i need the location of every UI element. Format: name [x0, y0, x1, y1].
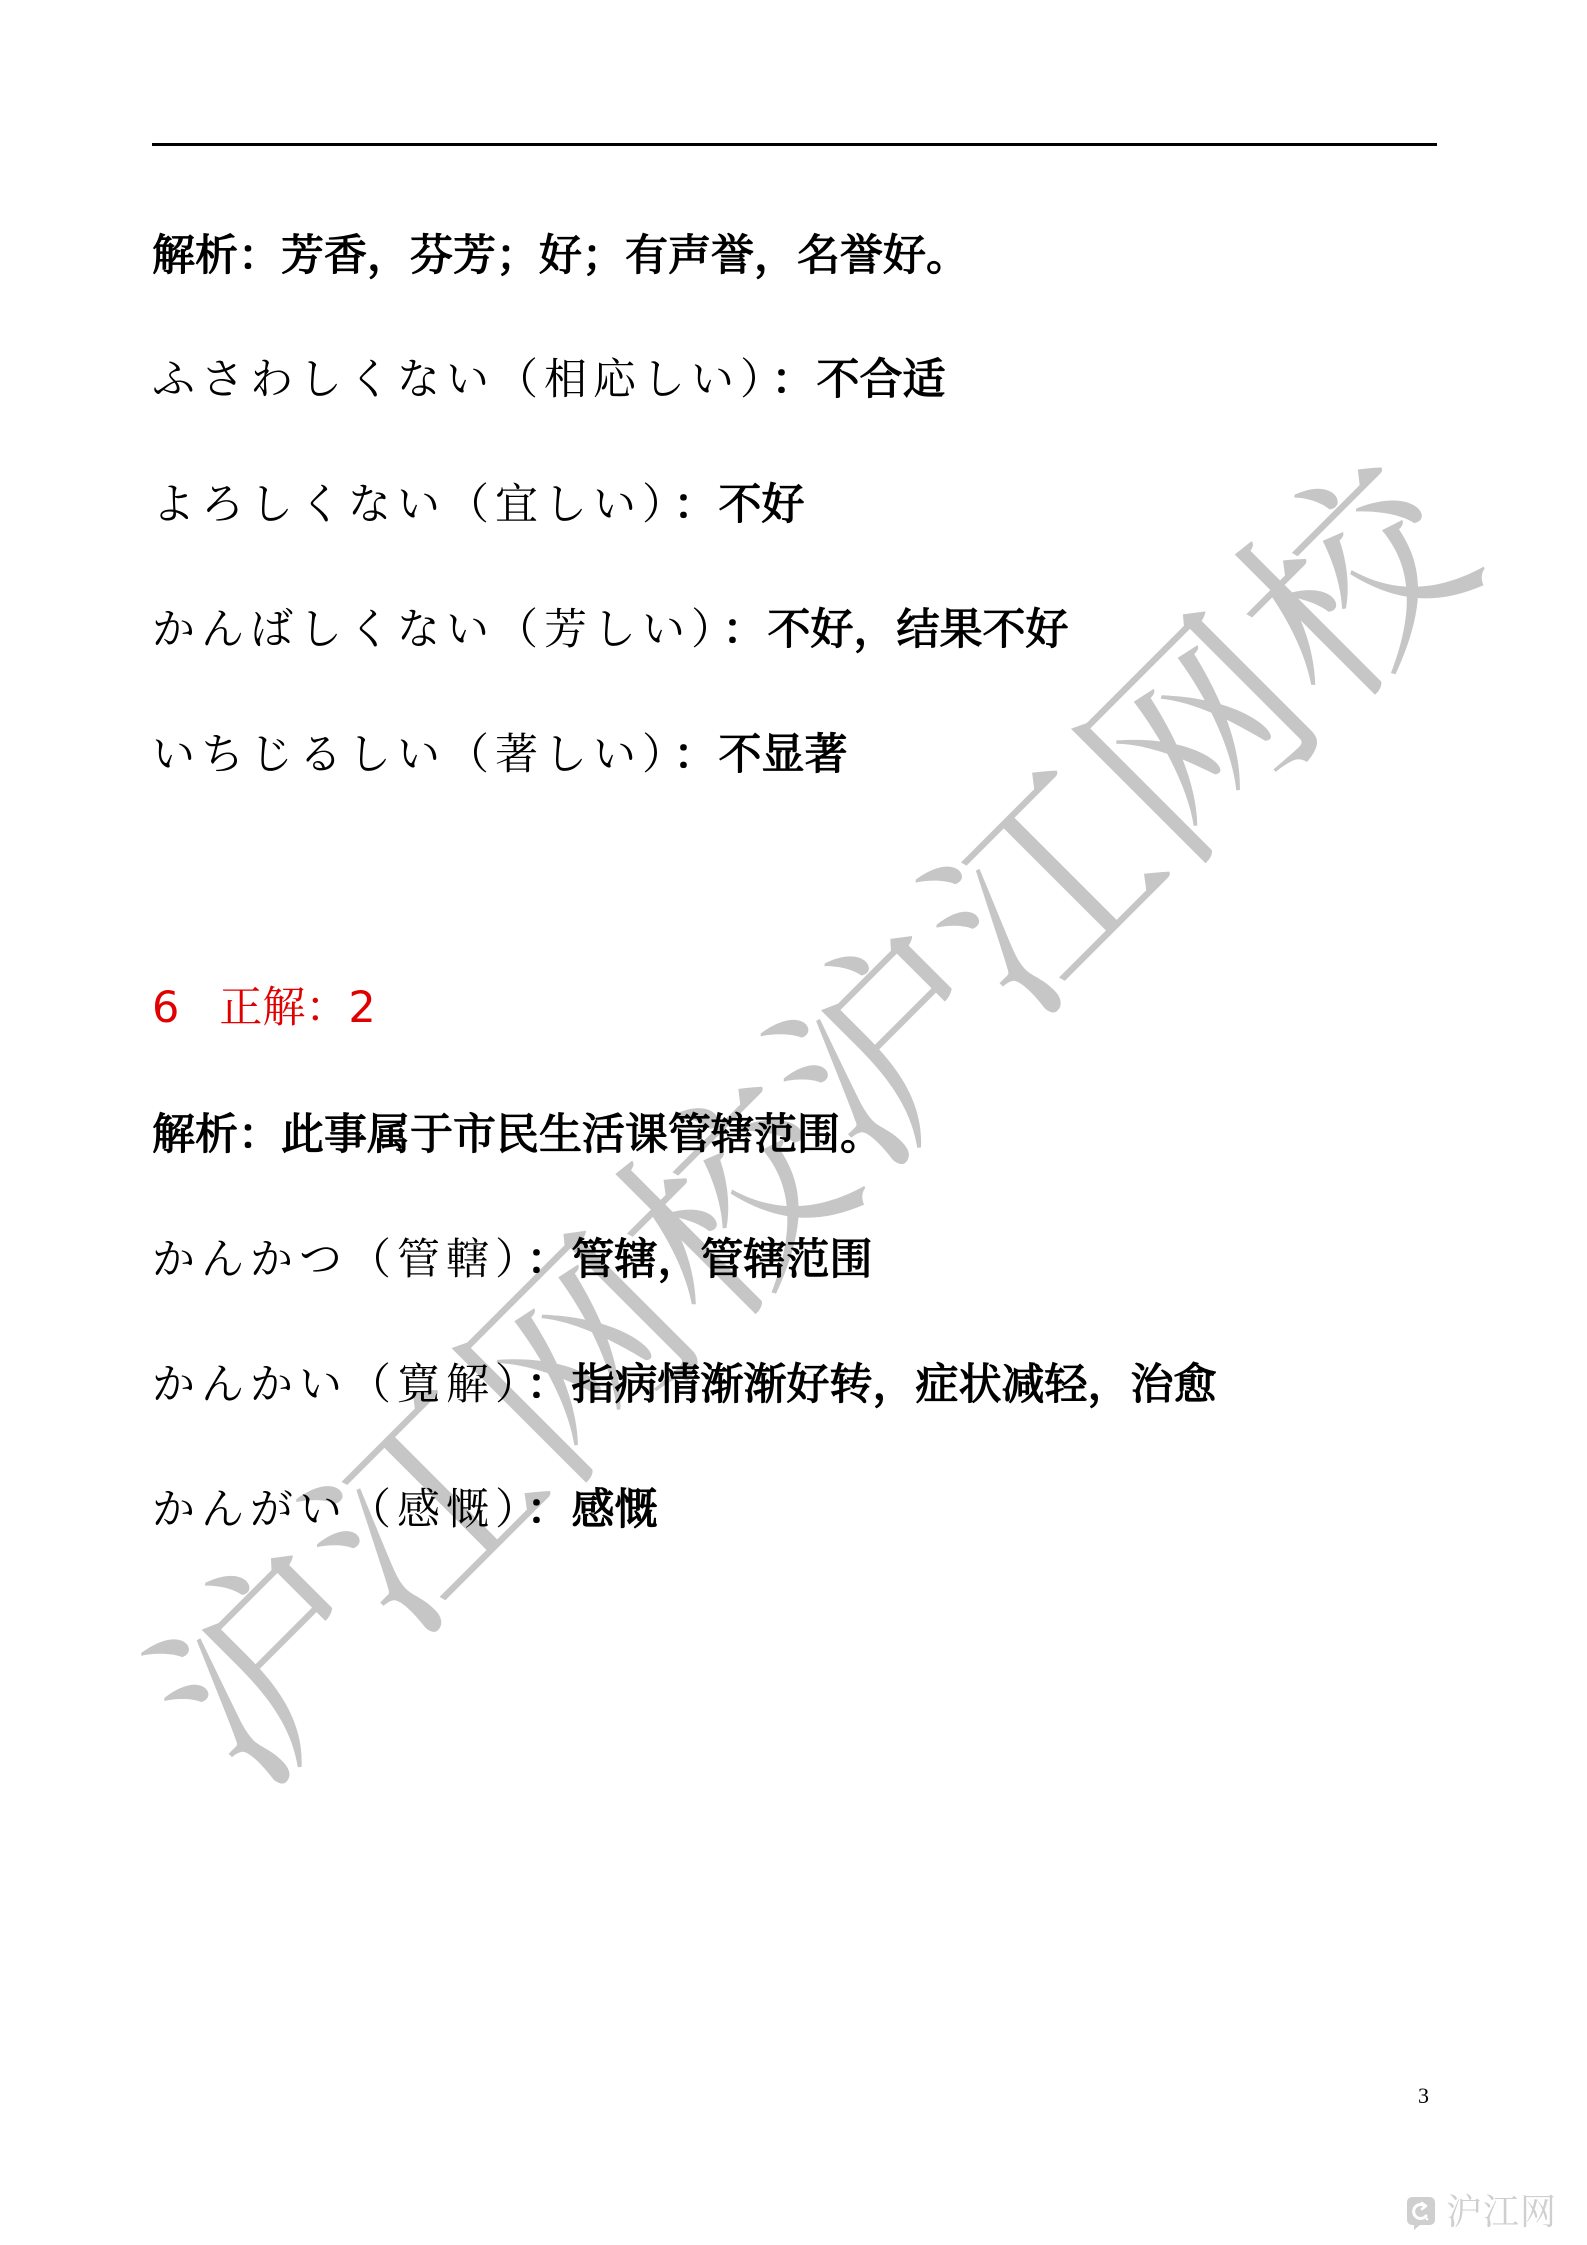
vocab-colon: ：	[723, 605, 766, 655]
hujiang-logo-text: 沪江网	[1446, 2195, 1557, 2231]
vocab-meaning: 不显著	[719, 730, 848, 780]
analysis-text: 芳香，芬芳；好；有声誉，名誉好。	[281, 231, 969, 281]
analysis-line: 解析：芳香，芬芳；好；有声誉，名誉好。	[152, 226, 969, 286]
vocab-meaning: 管辖，管辖范围	[572, 1235, 873, 1285]
vocab-item: ふさわしくない（相応しい）：不合适	[152, 350, 946, 410]
document-page: 沪江网校沪江网校 解析：芳香，芬芳；好；有声誉，名誉好。 ふさわしくない（相応し…	[0, 0, 1587, 2245]
question-number: 6	[152, 983, 179, 1033]
vocab-meaning: 不好，结果不好	[768, 605, 1069, 655]
vocab-reading: よろしくない（宜しい）	[152, 480, 670, 530]
vocab-reading: かんばしくない（芳しい）	[152, 605, 719, 655]
hujiang-logo: 沪江网	[1406, 2192, 1557, 2234]
vocab-item: いちじるしい（著しい）：不显著	[152, 725, 848, 785]
vocab-colon: ：	[674, 480, 717, 530]
header-rule	[152, 143, 1437, 146]
vocab-reading: いちじるしい（著しい）	[152, 730, 670, 780]
vocab-item: よろしくない（宜しい）：不好	[152, 475, 805, 535]
vocab-item: かんばしくない（芳しい）：不好，结果不好	[152, 600, 1069, 660]
vocab-reading: かんがい（感慨）	[152, 1485, 523, 1535]
answer-value: 2	[348, 983, 375, 1033]
answer-heading: 6正解：2	[152, 978, 376, 1038]
vocab-colon: ：	[772, 355, 815, 405]
vocab-meaning: 不合适	[817, 355, 946, 405]
vocab-colon: ：	[674, 730, 717, 780]
vocab-reading: かんかつ（管轄）	[152, 1235, 523, 1285]
answer-label: 正解：	[219, 983, 348, 1033]
analysis-label: 解析：	[152, 1110, 281, 1160]
vocab-item: かんがい（感慨）：感慨	[152, 1480, 658, 1540]
hujiang-logo-icon	[1406, 2195, 1436, 2231]
vocab-item: かんかい（寛解）：指病情渐渐好转，症状减轻，治愈	[152, 1355, 1217, 1415]
vocab-meaning: 不好	[719, 480, 805, 530]
vocab-reading: かんかい（寛解）	[152, 1360, 523, 1410]
vocab-colon: ：	[527, 1235, 570, 1285]
vocab-item: かんかつ（管轄）：管辖，管辖范围	[152, 1230, 873, 1290]
vocab-colon: ：	[527, 1360, 570, 1410]
vocab-meaning: 感慨	[572, 1485, 658, 1535]
page-number: 3	[1418, 2083, 1429, 2109]
analysis-text: 此事属于市民生活课管辖范围。	[281, 1110, 883, 1160]
vocab-meaning: 指病情渐渐好转，症状减轻，治愈	[572, 1360, 1217, 1410]
vocab-colon: ：	[527, 1485, 570, 1535]
vocab-reading: ふさわしくない（相応しい）	[152, 355, 768, 405]
analysis-label: 解析：	[152, 231, 281, 281]
analysis-line: 解析：此事属于市民生活课管辖范围。	[152, 1105, 883, 1165]
